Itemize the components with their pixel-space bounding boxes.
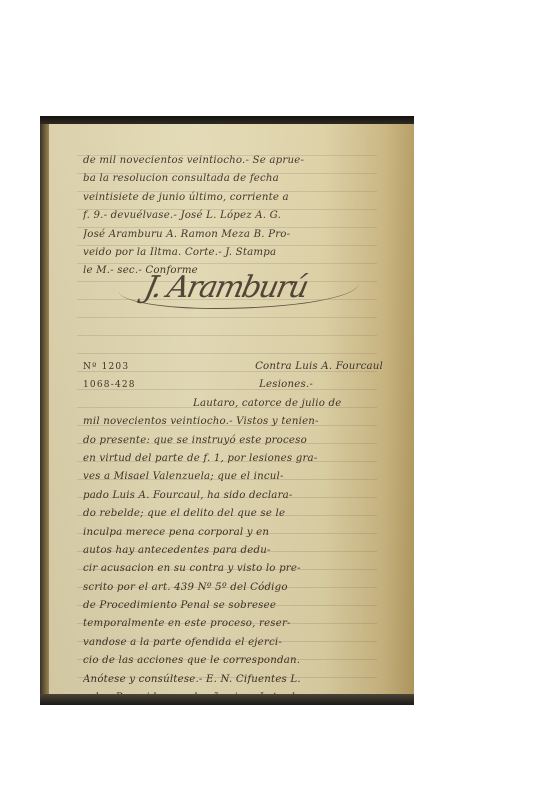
entry-header: Nº 1203 Contra Luis A. Fourcaul — [83, 358, 383, 376]
case-entry-block: Nº 1203 Contra Luis A. Fourcaul 1068-428… — [83, 358, 383, 705]
text-line: Anótese y consúltese.- E. N. Cifuentes L… — [83, 671, 383, 689]
text-line: do presente: que se instruyó este proces… — [83, 432, 383, 450]
text-line: en virtud del parte de f. 1, por lesione… — [83, 450, 383, 468]
text-line: pado Luis A. Fourcaul, ha sido declara- — [83, 487, 383, 505]
entry-subheader: 1068-428 Lesiones.- — [83, 376, 383, 394]
file-reference: 1068-428 — [83, 376, 136, 394]
text-line: veido por la Iltma. Corte.- J. Stampa — [83, 244, 383, 262]
text-line: ba la resolucion consultada de fecha — [83, 170, 383, 188]
scanned-document-image: de mil novecientos veintiocho.- Se aprue… — [40, 116, 414, 705]
text-line: mil novecientos veintiocho.- Vistos y te… — [83, 413, 383, 431]
text-line: de mil novecientos veintiocho.- Se aprue… — [83, 152, 383, 170]
text-line: vandose a la parte ofendida el ejerci- — [83, 634, 383, 652]
case-title: Contra Luis A. Fourcaul — [255, 358, 383, 376]
top-text-block: de mil novecientos veintiocho.- Se aprue… — [83, 152, 383, 281]
book-spine — [40, 124, 49, 694]
case-subject: Lesiones.- — [259, 376, 383, 394]
text-line: cio de las acciones que le correspondan. — [83, 652, 383, 670]
book-bottom-edge — [40, 694, 414, 705]
text-line: scrito por el art. 439 Nº 5º del Código — [83, 579, 383, 597]
text-line: le M.- sec.- Conforme — [83, 262, 383, 280]
text-line: ves a Misael Valenzuela; que el incul- — [83, 468, 383, 486]
signature-flourish — [119, 266, 359, 309]
text-line: Lautaro, catorce de julio de — [83, 395, 383, 413]
case-number: Nº 1203 — [83, 358, 129, 376]
text-line: inculpa merece pena corporal y en — [83, 524, 383, 542]
text-line: de Procedimiento Penal se sobresee — [83, 597, 383, 615]
text-line: José Aramburu A. Ramon Meza B. Pro- — [83, 226, 383, 244]
book-top-edge — [40, 116, 414, 124]
ruled-lines — [77, 138, 377, 678]
text-line: temporalmente en este proceso, reser- — [83, 615, 383, 633]
text-line: cir acusacion en su contra y visto lo pr… — [83, 560, 383, 578]
text-line: do rebelde; que el delito del que se le — [83, 505, 383, 523]
text-line: veintisiete de junio último, corriente a — [83, 189, 383, 207]
text-line: f. 9.- devuélvase.- José L. López A. G. — [83, 207, 383, 225]
signature: J. Aramburú — [141, 270, 310, 305]
ledger-page: de mil novecientos veintiocho.- Se aprue… — [49, 124, 414, 694]
text-line: autos hay antecedentes para dedu- — [83, 542, 383, 560]
